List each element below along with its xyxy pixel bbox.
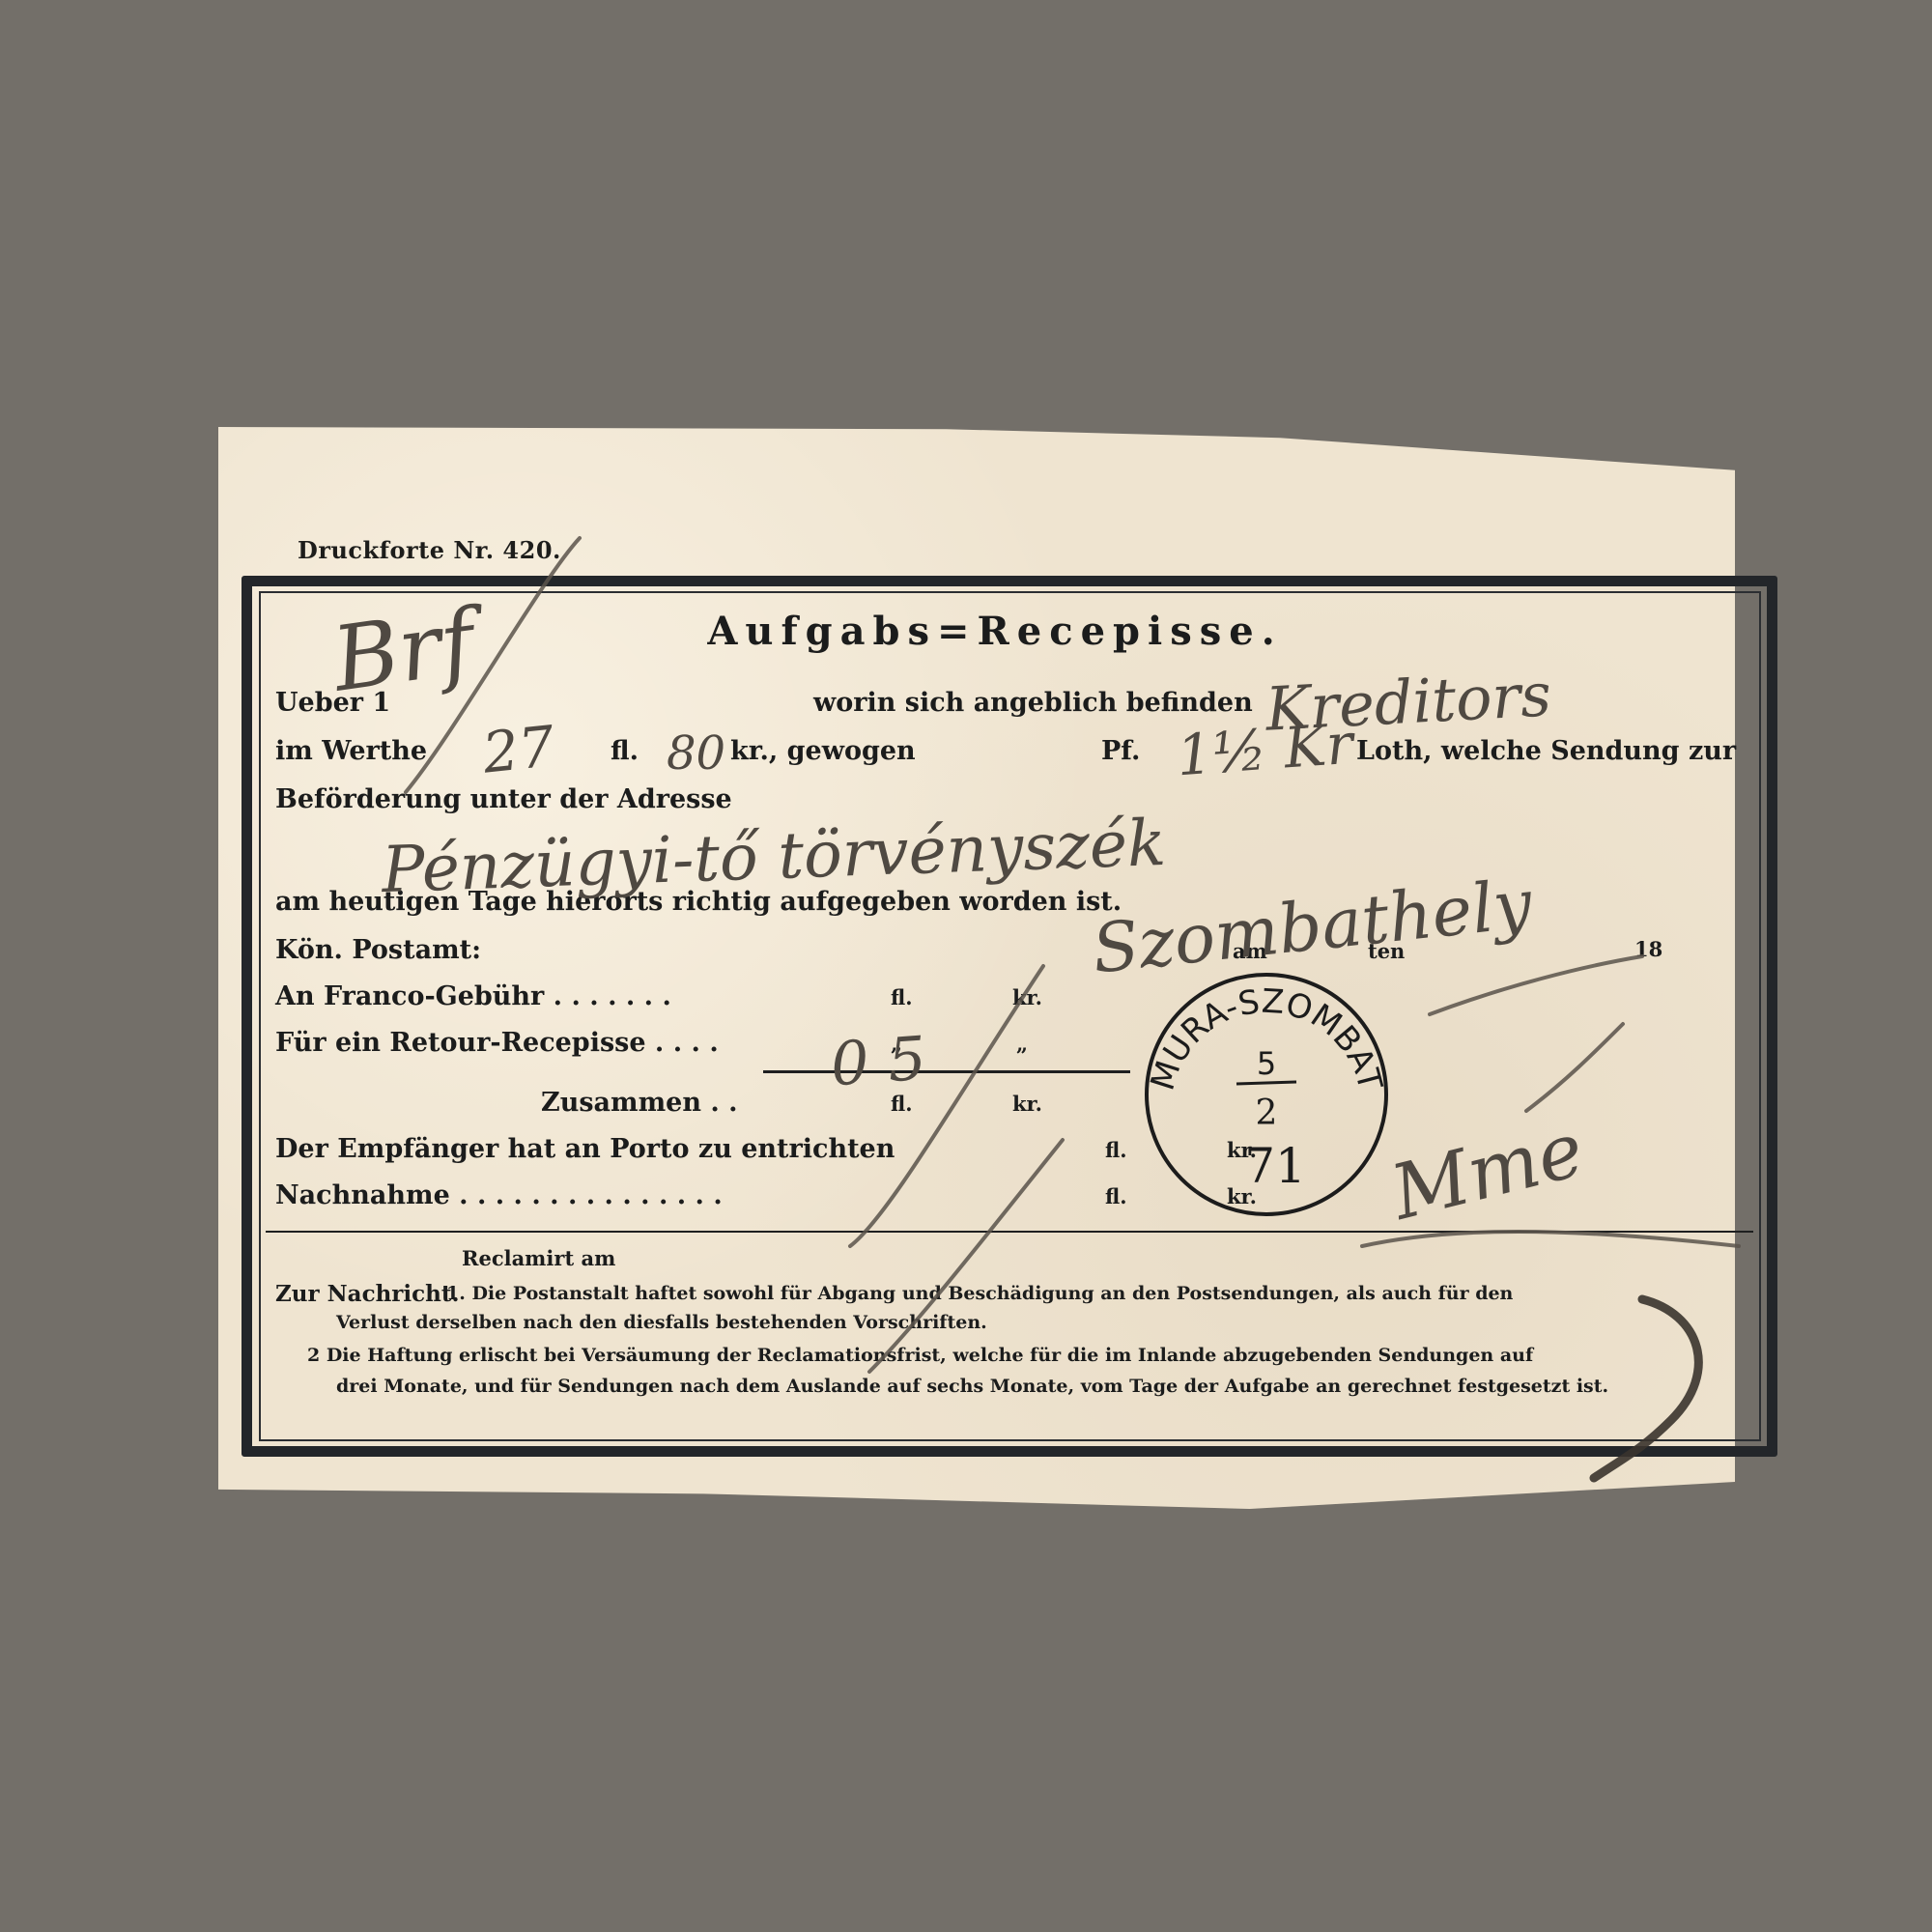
postmark-day: 5	[1257, 1045, 1276, 1082]
pen-strokes	[0, 0, 1932, 1932]
postmark-month: 2	[1256, 1094, 1278, 1133]
postmark-stamp: MURA-SZOMBAT 5 2 71	[1140, 968, 1393, 1221]
postmark-year: 71	[1244, 1138, 1306, 1194]
